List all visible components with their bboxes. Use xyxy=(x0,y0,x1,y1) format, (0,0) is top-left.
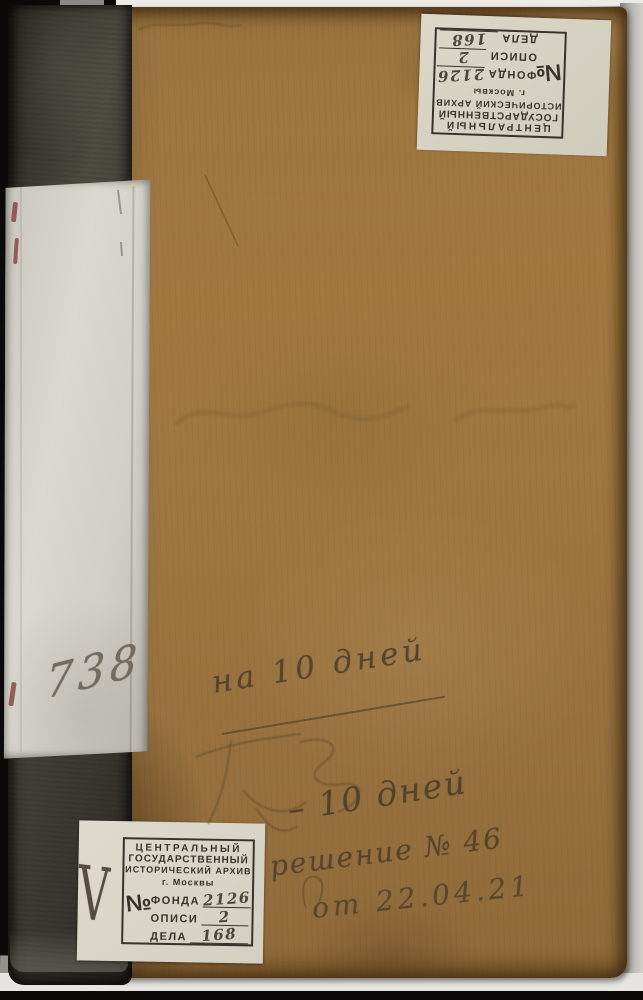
stamp-field-opisi: ОПИСИ 2 xyxy=(150,907,248,927)
paper-strip-crease xyxy=(20,186,22,752)
photo-scene: ЦЕНТРАЛЬНЫЙ ГОСУДАРСТВЕННЫЙ ИСТОРИЧЕСКИЙ… xyxy=(0,0,643,1000)
stamp-fields: ФОНДА 2126 ОПИСИ 2 ДЕЛА 168 xyxy=(438,29,538,86)
archive-label-top: ЦЕНТРАЛЬНЫЙ ГОСУДАРСТВЕННЫЙ ИСТОРИЧЕСКИЙ… xyxy=(417,14,612,157)
stamp-border-box: ЦЕНТРАЛЬНЫЙ ГОСУДАРСТВЕННЫЙ ИСТОРИЧЕСКИЙ… xyxy=(431,27,567,139)
stamp-numero-sign: № xyxy=(535,58,563,87)
stamp-header: ЦЕНТРАЛЬНЫЙ ГОСУДАРСТВЕННЫЙ ИСТОРИЧЕСКИЙ… xyxy=(433,84,563,136)
stamp-field-rule: 168 xyxy=(190,924,248,944)
stamp-field-label: ОПИСИ xyxy=(489,49,537,63)
stamp-numero-sign: № xyxy=(124,888,152,918)
stamp-field-dela: ДЕЛА 168 xyxy=(150,925,248,945)
stamp-field-rule: 2 xyxy=(439,47,487,68)
stamp-field-value: 2 xyxy=(456,48,469,67)
stamp-field-opisi: ОПИСИ 2 xyxy=(439,47,538,68)
stamp-field-rule: 2126 xyxy=(436,65,484,86)
stamp-field-value: 2126 xyxy=(436,65,485,85)
stamp-field-rule: 2 xyxy=(201,907,249,927)
stamp-org-line3: ИСТОРИЧЕСКИЙ АРХИВ xyxy=(124,864,252,877)
stamp-field-rule: 168 xyxy=(439,29,498,50)
stamp-field-label: ФОНДА xyxy=(151,895,200,908)
stamp-field-value: 168 xyxy=(201,925,238,945)
stamp-fields: ФОНДА 2126 ОПИСИ 2 ДЕЛА 168 xyxy=(150,889,249,945)
handwritten-check-mark: V xyxy=(77,850,111,940)
stamp-border-box: ЦЕНТРАЛЬНЫЙ ГОСУДАРСТВЕННЫЙ ИСТОРИЧЕСКИЙ… xyxy=(121,837,255,946)
stamp-header: ЦЕНТРАЛЬНЫЙ ГОСУДАРСТВЕННЫЙ ИСТОРИЧЕСКИЙ… xyxy=(124,839,253,889)
stamp-field-value: 168 xyxy=(450,29,487,49)
stamp-field-fonda: ФОНДА 2126 xyxy=(438,65,537,86)
stamp-org-line4: г. Москвы xyxy=(124,876,252,889)
stamp-field-dela: ДЕЛА 168 xyxy=(439,29,538,50)
stamp-field-rule: 2126 xyxy=(203,889,251,909)
stamp-field-label: ДЕЛА xyxy=(150,931,187,944)
stamp-field-label: ДЕЛА xyxy=(501,32,538,45)
stamp-field-fonda: ФОНДА 2126 xyxy=(151,889,249,909)
stamp-field-value: 2 xyxy=(218,908,231,927)
stamp-field-label: ФОНДА xyxy=(487,67,537,81)
